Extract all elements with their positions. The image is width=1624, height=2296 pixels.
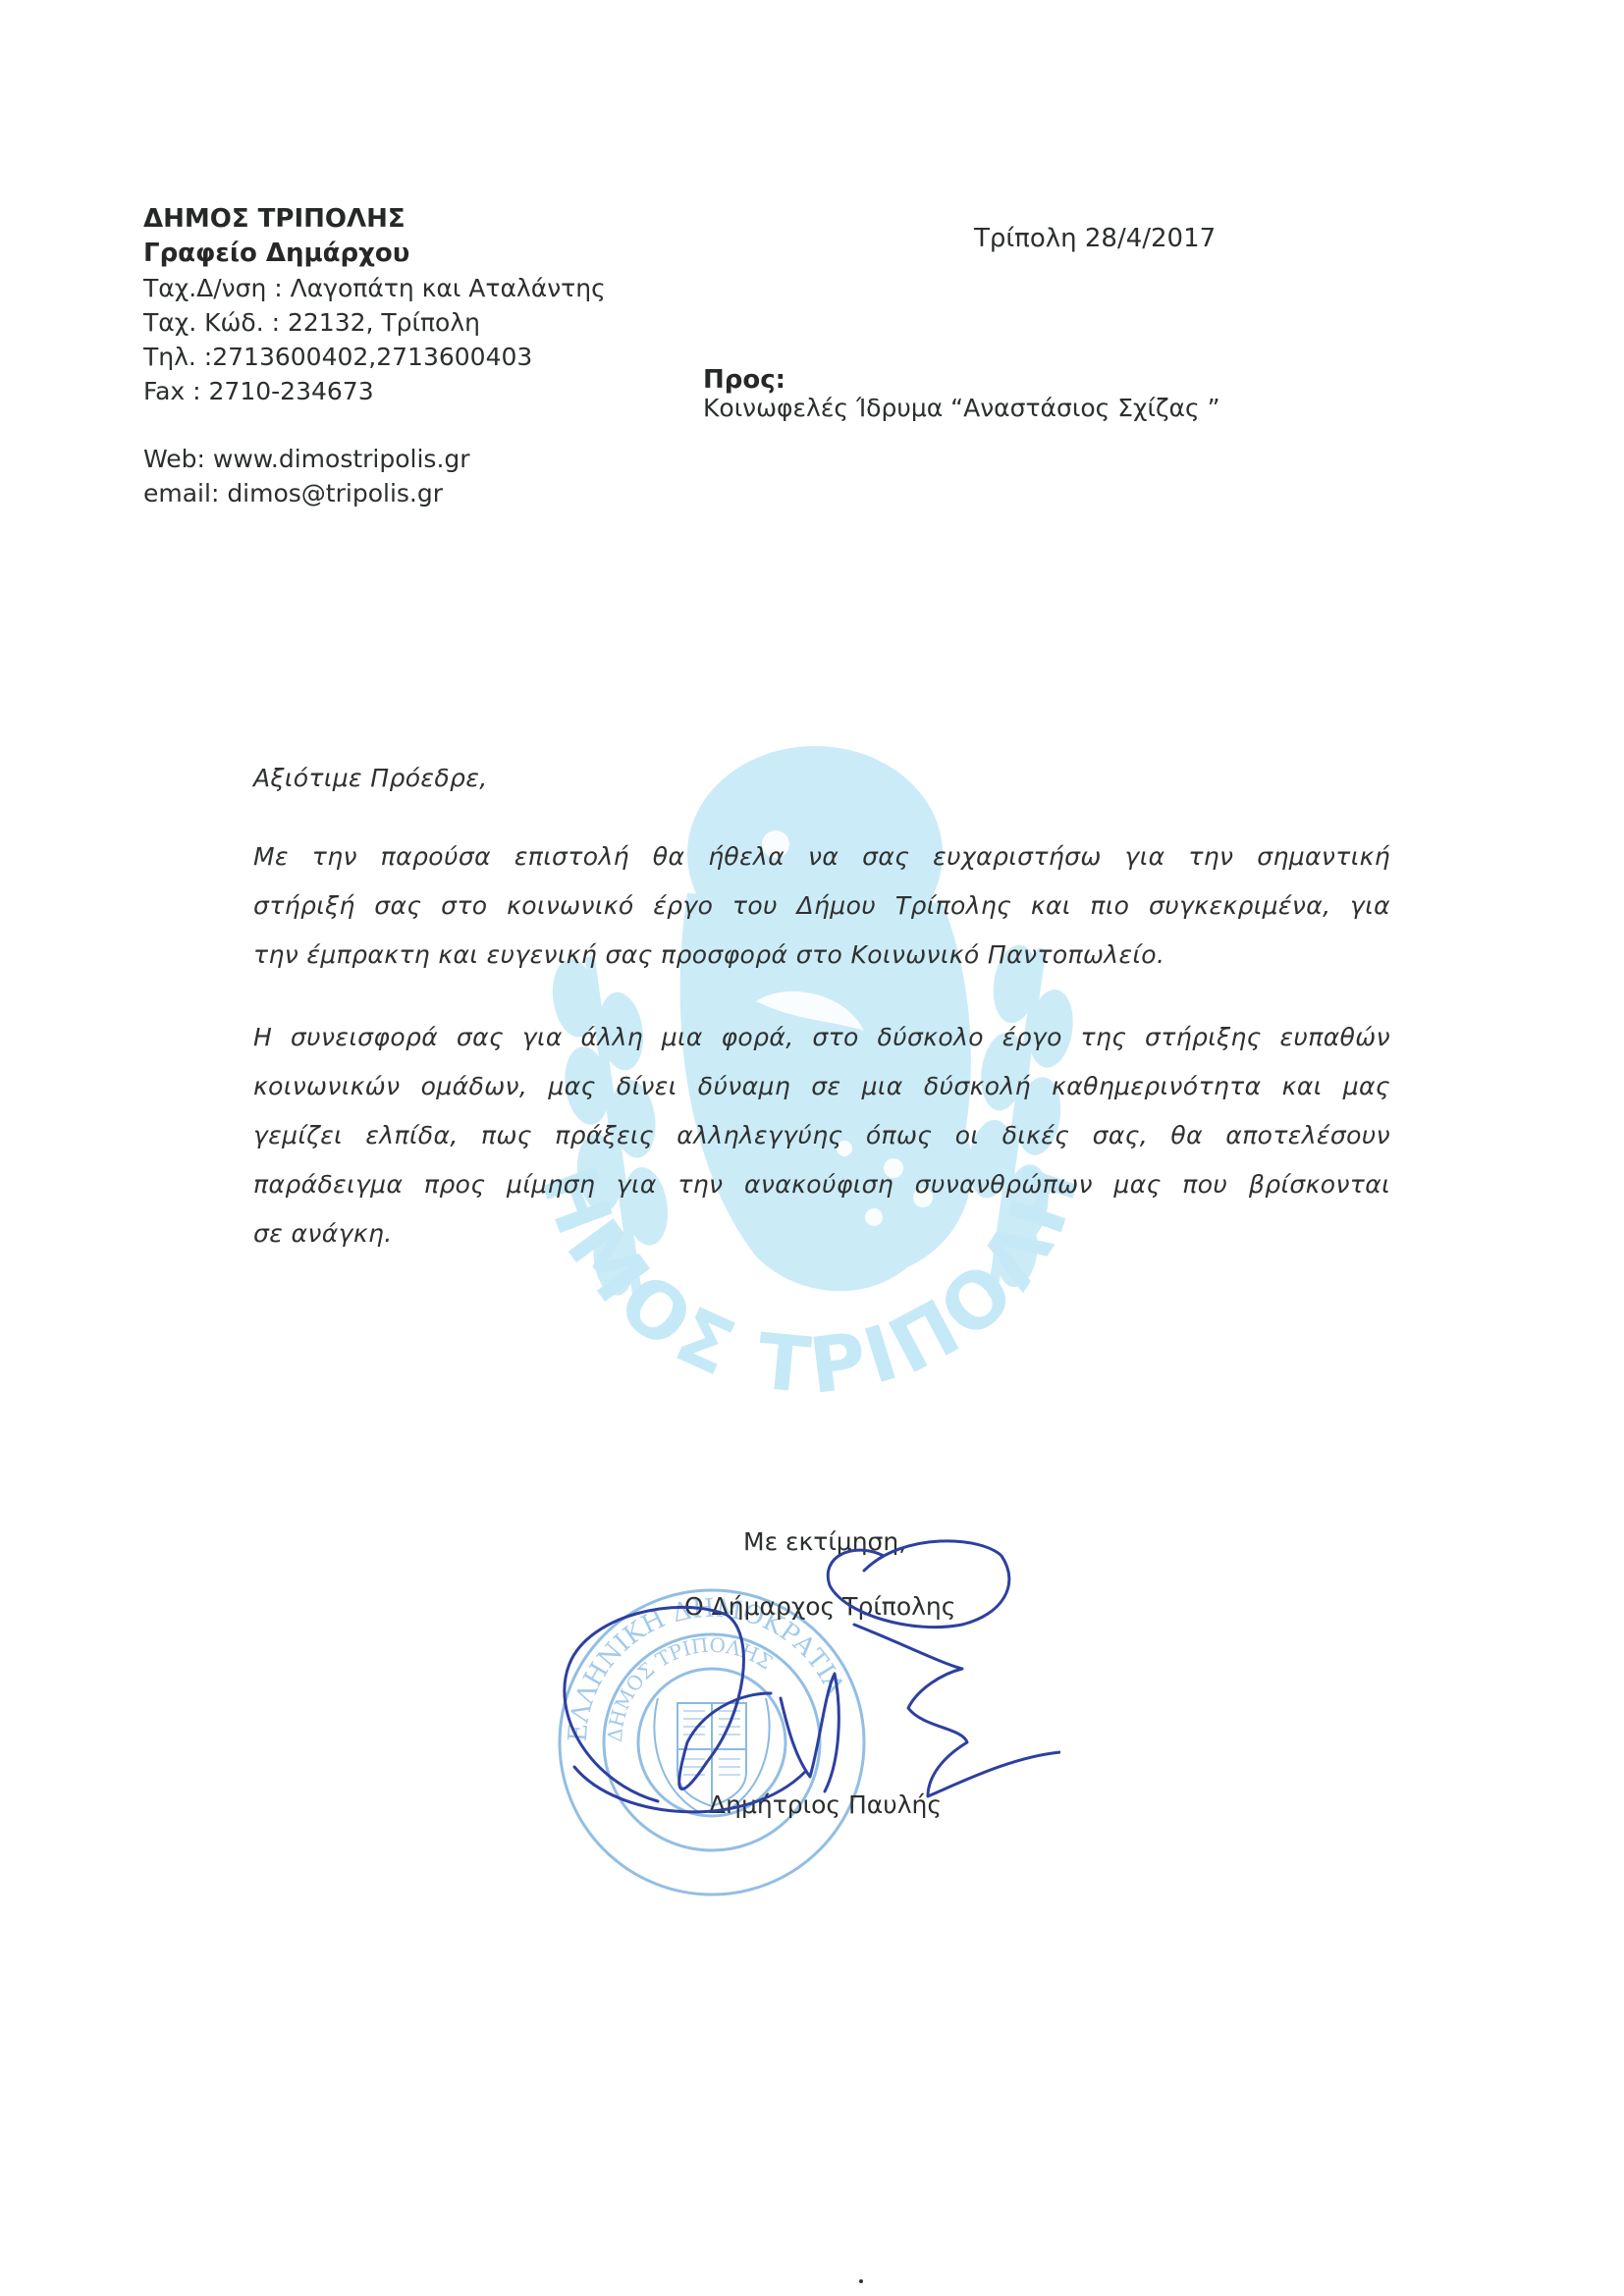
sender-office: Γραφείο Δημάρχου [143,237,606,271]
sender-fax: Fax : 2710-234673 [143,374,606,408]
body-line: σε ανάγκη. [253,1209,1390,1258]
sender-postal-code: Ταχ. Κώδ. : 22132, Τρίπολη [143,305,606,340]
body-line: Η συνεισφορά σας για άλλη μια φορά, στο … [253,1013,1390,1062]
signature-scribble-icon [530,1517,1060,1841]
body-line: Με την παρούσα επιστολή θα ήθελα να σας … [253,832,1390,881]
sender-web: Web: www.dimostripolis.gr [143,442,606,476]
paragraph-1: Με την παρούσα επιστολή θα ήθελα να σας … [253,832,1390,980]
greeting: Αξιότιμε Πρόεδρε, [253,754,1390,803]
recipient-name: Κοινωφελές Ίδρυμα “Αναστάσιος Σχίζας ” [703,394,1220,422]
body-line: γεμίζει ελπίδα, πως πράξεις αλληλεγγύης … [253,1111,1390,1160]
handwritten-signature [530,1517,1060,1841]
body-line: κοινωνικών ομάδων, μας δίνει δύναμη σε μ… [253,1062,1390,1111]
body-line: παράδειγμα προς μίμηση για την ανακούφισ… [253,1160,1390,1209]
spacer [143,408,606,442]
letter-body: Αξιότιμε Πρόεδρε, Με την παρούσα επιστολ… [253,754,1390,1292]
sender-email: email: dimos@tripolis.gr [143,476,606,510]
body-line: την έμπρακτη και ευγενική σας προσφορά σ… [253,931,1390,980]
recipient-label: Προς: [703,365,785,395]
sender-phone: Τηλ. :2713600402,2713600403 [143,340,606,374]
date-line: Τρίπολη 28/4/2017 [974,224,1216,253]
sender-address: Ταχ.Δ/νση : Λαγοπάτη και Αταλάντης [143,271,606,305]
body-line: στήριξή σας στο κοινωνικό έργο του Δήμου… [253,881,1390,931]
paragraph-2: Η συνεισφορά σας για άλλη μια φορά, στο … [253,1013,1390,1258]
sender-organization: ΔΗΜΟΣ ΤΡΙΠΟΛΗΣ [143,202,606,237]
sender-block: ΔΗΜΟΣ ΤΡΙΠΟΛΗΣ Γραφείο Δημάρχου Ταχ.Δ/νσ… [143,202,606,510]
scan-speck [859,2279,863,2283]
